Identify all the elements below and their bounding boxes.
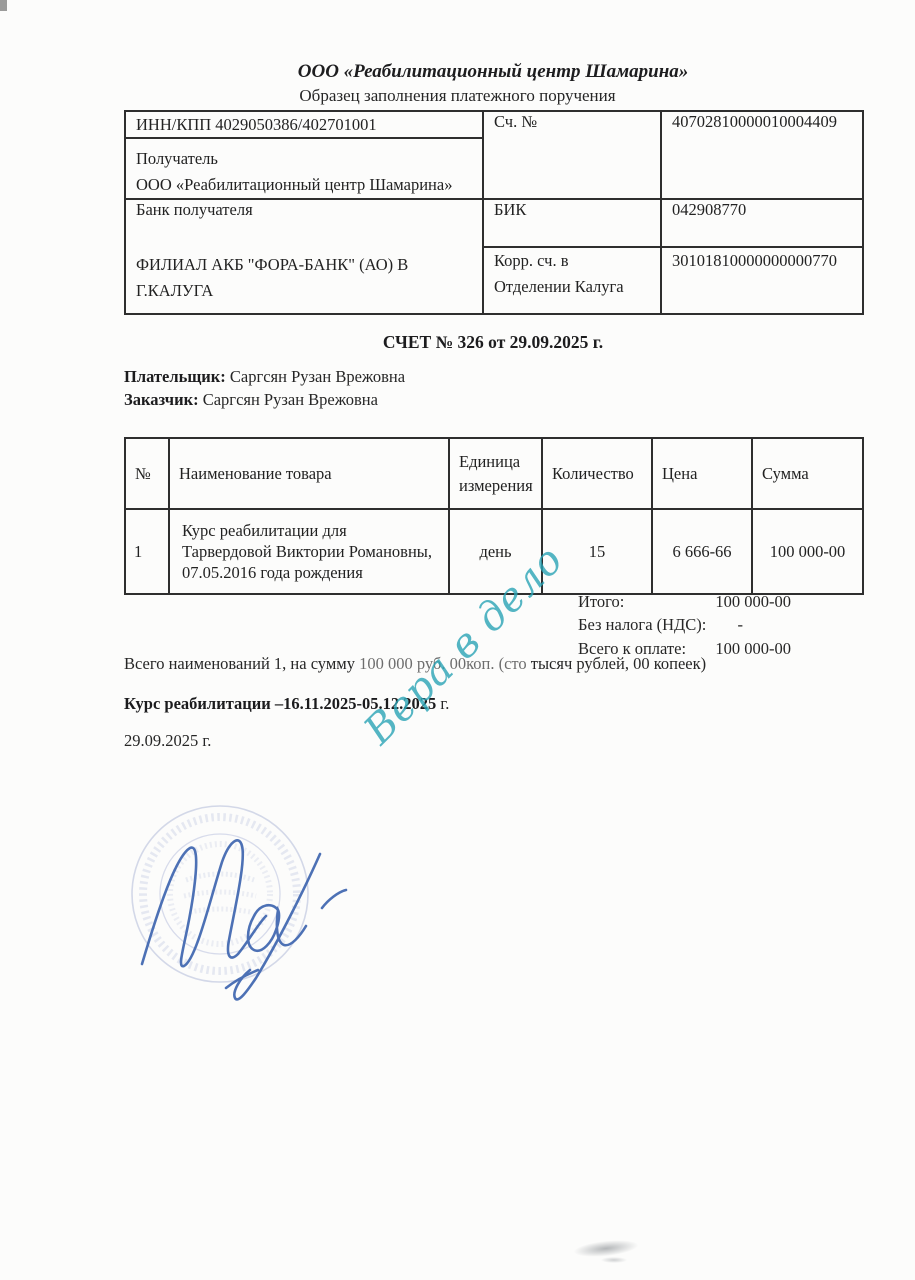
customer-name: Саргсян Рузан Врежовна bbox=[199, 390, 378, 409]
totals-block: Итого: 100 000-00 Без налога (НДС): - Вс… bbox=[578, 590, 791, 660]
payer-label: Плательщик: bbox=[124, 367, 226, 386]
no-vat-value: - bbox=[738, 613, 744, 636]
bank-label: Банк получателя bbox=[136, 200, 482, 220]
account-label-cell: Сч. № bbox=[483, 111, 661, 199]
no-vat-label: Без налога (НДС): bbox=[578, 613, 706, 636]
round-seal-stamp bbox=[132, 806, 308, 982]
bik-label-cell: БИК bbox=[483, 199, 661, 247]
invoice-number-heading: СЧЕТ № 326 от 29.09.2025 г. bbox=[124, 332, 862, 353]
items-table-header-row: № Наименование товара Единица измерения … bbox=[125, 438, 863, 509]
inn-kpp-cell: ИНН/КПП 4029050386/402701001 bbox=[125, 111, 483, 138]
handwritten-signature bbox=[142, 840, 346, 999]
payer-line: Плательщик: Саргсян Рузан Врежовна bbox=[124, 366, 405, 389]
item-price: 6 666-66 bbox=[652, 509, 752, 594]
items-table: № Наименование товара Единица измерения … bbox=[124, 437, 864, 595]
payable-value: 100 000-00 bbox=[715, 637, 791, 660]
corr-account-label-cell: Корр. сч. в Отделении Калуга bbox=[483, 247, 661, 314]
document-date: 29.09.2025 г. bbox=[124, 731, 211, 751]
item-sum: 100 000-00 bbox=[752, 509, 863, 594]
total-label: Итого: bbox=[578, 590, 624, 613]
organization-title: ООО «Реабилитационный центр Шамарина» bbox=[124, 61, 862, 83]
customer-label: Заказчик: bbox=[124, 390, 199, 409]
header-price: Цена bbox=[652, 438, 752, 509]
scan-smudge-small bbox=[601, 1257, 627, 1263]
recipient-label: Получатель bbox=[136, 146, 482, 172]
bank-cell: Банк получателя ФИЛИАЛ АКБ "ФОРА-БАНК" (… bbox=[125, 199, 483, 314]
bank-name: ФИЛИАЛ АКБ "ФОРА-БАНК" (АО) В Г.КАЛУГА bbox=[136, 252, 482, 304]
corr-account-number-cell: 30101810000000000770 bbox=[661, 247, 863, 314]
header-sum: Сумма bbox=[752, 438, 863, 509]
total-value: 100 000-00 bbox=[715, 590, 791, 613]
recipient-cell: Получатель ООО «Реабилитационный центр Ш… bbox=[125, 138, 483, 199]
invoice-document-page: ООО «Реабилитационный центр Шамарина» Об… bbox=[0, 0, 915, 1280]
header-quantity: Количество bbox=[542, 438, 652, 509]
header-unit: Единица измерения bbox=[449, 438, 542, 509]
round-seal-stamp-and-signature bbox=[108, 792, 348, 1022]
total-row: Итого: 100 000-00 bbox=[578, 590, 791, 613]
bik-value-cell: 042908770 bbox=[661, 199, 863, 247]
table-row: 1 Курс реабилитации для Тарвердовой Викт… bbox=[125, 509, 863, 594]
header-number: № bbox=[125, 438, 169, 509]
item-number: 1 bbox=[125, 509, 169, 594]
scan-smudge bbox=[573, 1238, 638, 1260]
item-quantity: 15 bbox=[542, 509, 652, 594]
account-number-cell: 40702810000010004409 bbox=[661, 111, 863, 199]
item-name: Курс реабилитации для Тарвердовой Виктор… bbox=[169, 509, 449, 594]
rehab-course-dates-line: Курс реабилитации –16.11.2025-05.12.2025… bbox=[124, 694, 449, 714]
parties-block: Плательщик: Саргсян Рузан Врежовна Заказ… bbox=[124, 366, 405, 411]
header-item-name: Наименование товара bbox=[169, 438, 449, 509]
item-unit: день bbox=[449, 509, 542, 594]
amount-in-words-line: Всего наименований 1, на сумму 100 000 р… bbox=[124, 654, 706, 674]
customer-line: Заказчик: Саргсян Рузан Врежовна bbox=[124, 389, 405, 412]
scan-corner-artifact bbox=[0, 0, 7, 11]
document-subtitle: Образец заполнения платежного поручения bbox=[0, 86, 915, 106]
no-vat-row: Без налога (НДС): - bbox=[578, 613, 791, 636]
bank-details-table: ИНН/КПП 4029050386/402701001 Сч. № 40702… bbox=[124, 110, 864, 315]
payer-name: Саргсян Рузан Врежовна bbox=[226, 367, 405, 386]
recipient-name: ООО «Реабилитационный центр Шамарина» bbox=[136, 172, 482, 198]
